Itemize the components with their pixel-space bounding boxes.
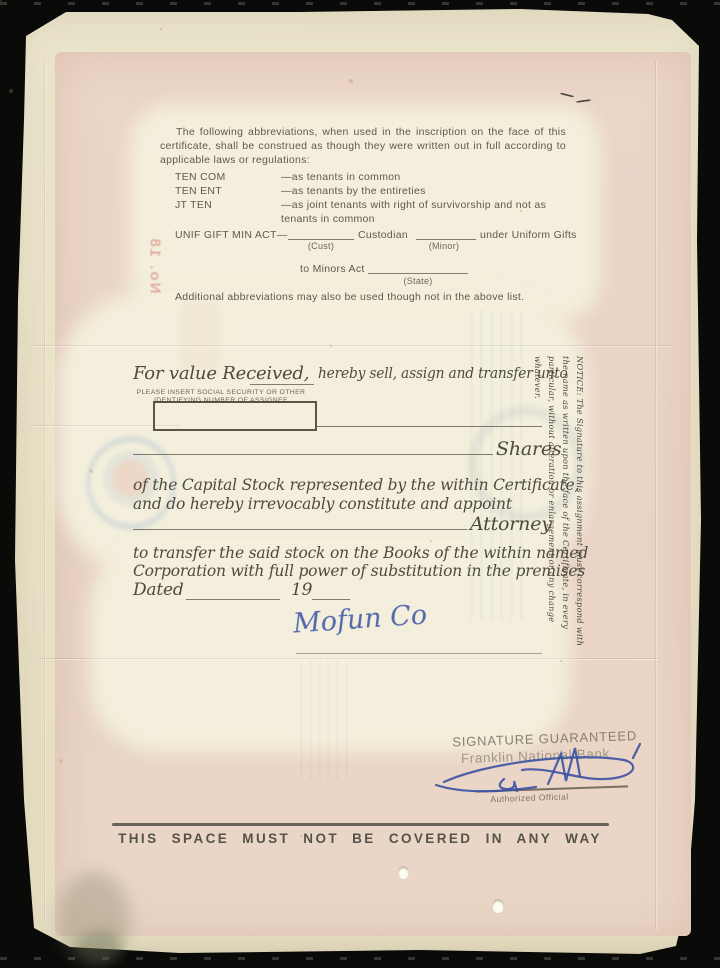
fold-crease — [40, 658, 660, 659]
shares-blank-line — [133, 454, 493, 455]
abbrev-code: TEN COM — [175, 170, 226, 184]
year-blank-line — [312, 599, 350, 600]
dated-blank-line — [186, 599, 280, 600]
abbrev-code: JT TEN — [175, 198, 212, 212]
abbreviations-intro: The following abbreviations, when used i… — [160, 125, 566, 167]
cust-caption: (Cust) — [288, 241, 354, 251]
blank-line — [416, 239, 476, 240]
state-caption: (State) — [378, 276, 458, 286]
constitute-line: and do hereby irrevocably constitute and… — [133, 495, 512, 513]
abbreviations-footnote: Additional abbreviations may also be use… — [175, 290, 524, 304]
unif-gift-label: UNIF GIFT MIN ACT— — [175, 228, 288, 242]
assignee-id-number-box — [153, 401, 317, 431]
notice-vertical-text: NOTICE: The Signature to this assignment… — [541, 356, 587, 658]
attorney-blank-line — [133, 529, 467, 530]
capital-stock-line: of the Capital Stock represented by the … — [133, 476, 579, 494]
ghost-text-column — [300, 660, 348, 780]
fold-crease — [655, 60, 656, 930]
assignment-opening: For value Received, — [133, 363, 309, 384]
fold-crease — [44, 60, 45, 920]
attorney-label: Attorney — [470, 513, 552, 535]
scanned-certificate-back: { "page": { "background": "#0a0a09", "pa… — [0, 0, 720, 968]
age-spots — [0, 0, 2, 2]
assignee-name-line — [316, 426, 542, 427]
punch-hole — [492, 899, 504, 913]
minor-caption: (Minor) — [412, 241, 476, 251]
year-prefix: 19 — [291, 580, 312, 600]
abbrev-meaning: —as tenants by the entireties — [281, 184, 573, 198]
ghost-serial-number: No. 18 — [147, 220, 164, 294]
transfer-line: to transfer the said stock on the Books … — [133, 544, 588, 562]
punch-hole — [398, 866, 409, 879]
blank-line — [368, 273, 468, 274]
fold-crease — [30, 345, 670, 346]
abbrev-meaning: —as tenants in common — [281, 170, 573, 184]
signature-line — [296, 653, 542, 654]
unif-gift-custodian: Custodian — [358, 228, 408, 242]
bank-official-ink-signature — [428, 736, 652, 808]
unif-gift-trailing: under Uniform Gifts — [480, 228, 577, 242]
ssn-note-line1: PLEASE INSERT SOCIAL SECURITY OR OTHER — [137, 389, 306, 396]
footer-warning-text: THIS SPACE MUST NOT BE COVERED IN ANY WA… — [110, 831, 610, 846]
blank-line — [288, 239, 354, 240]
footer-rule — [112, 823, 609, 826]
abbrev-code: TEN ENT — [175, 184, 222, 198]
corporation-line: Corporation with full power of substitut… — [133, 562, 585, 580]
blank-line — [250, 384, 314, 385]
dated-label: Dated — [133, 580, 184, 600]
scan-edge-noise-top — [0, 2, 720, 5]
abbrev-meaning: —as joint tenants with right of survivor… — [281, 198, 573, 226]
stain — [78, 930, 122, 964]
ghost-text-smudge — [180, 300, 220, 370]
minors-act-label: to Minors Act — [300, 262, 365, 276]
